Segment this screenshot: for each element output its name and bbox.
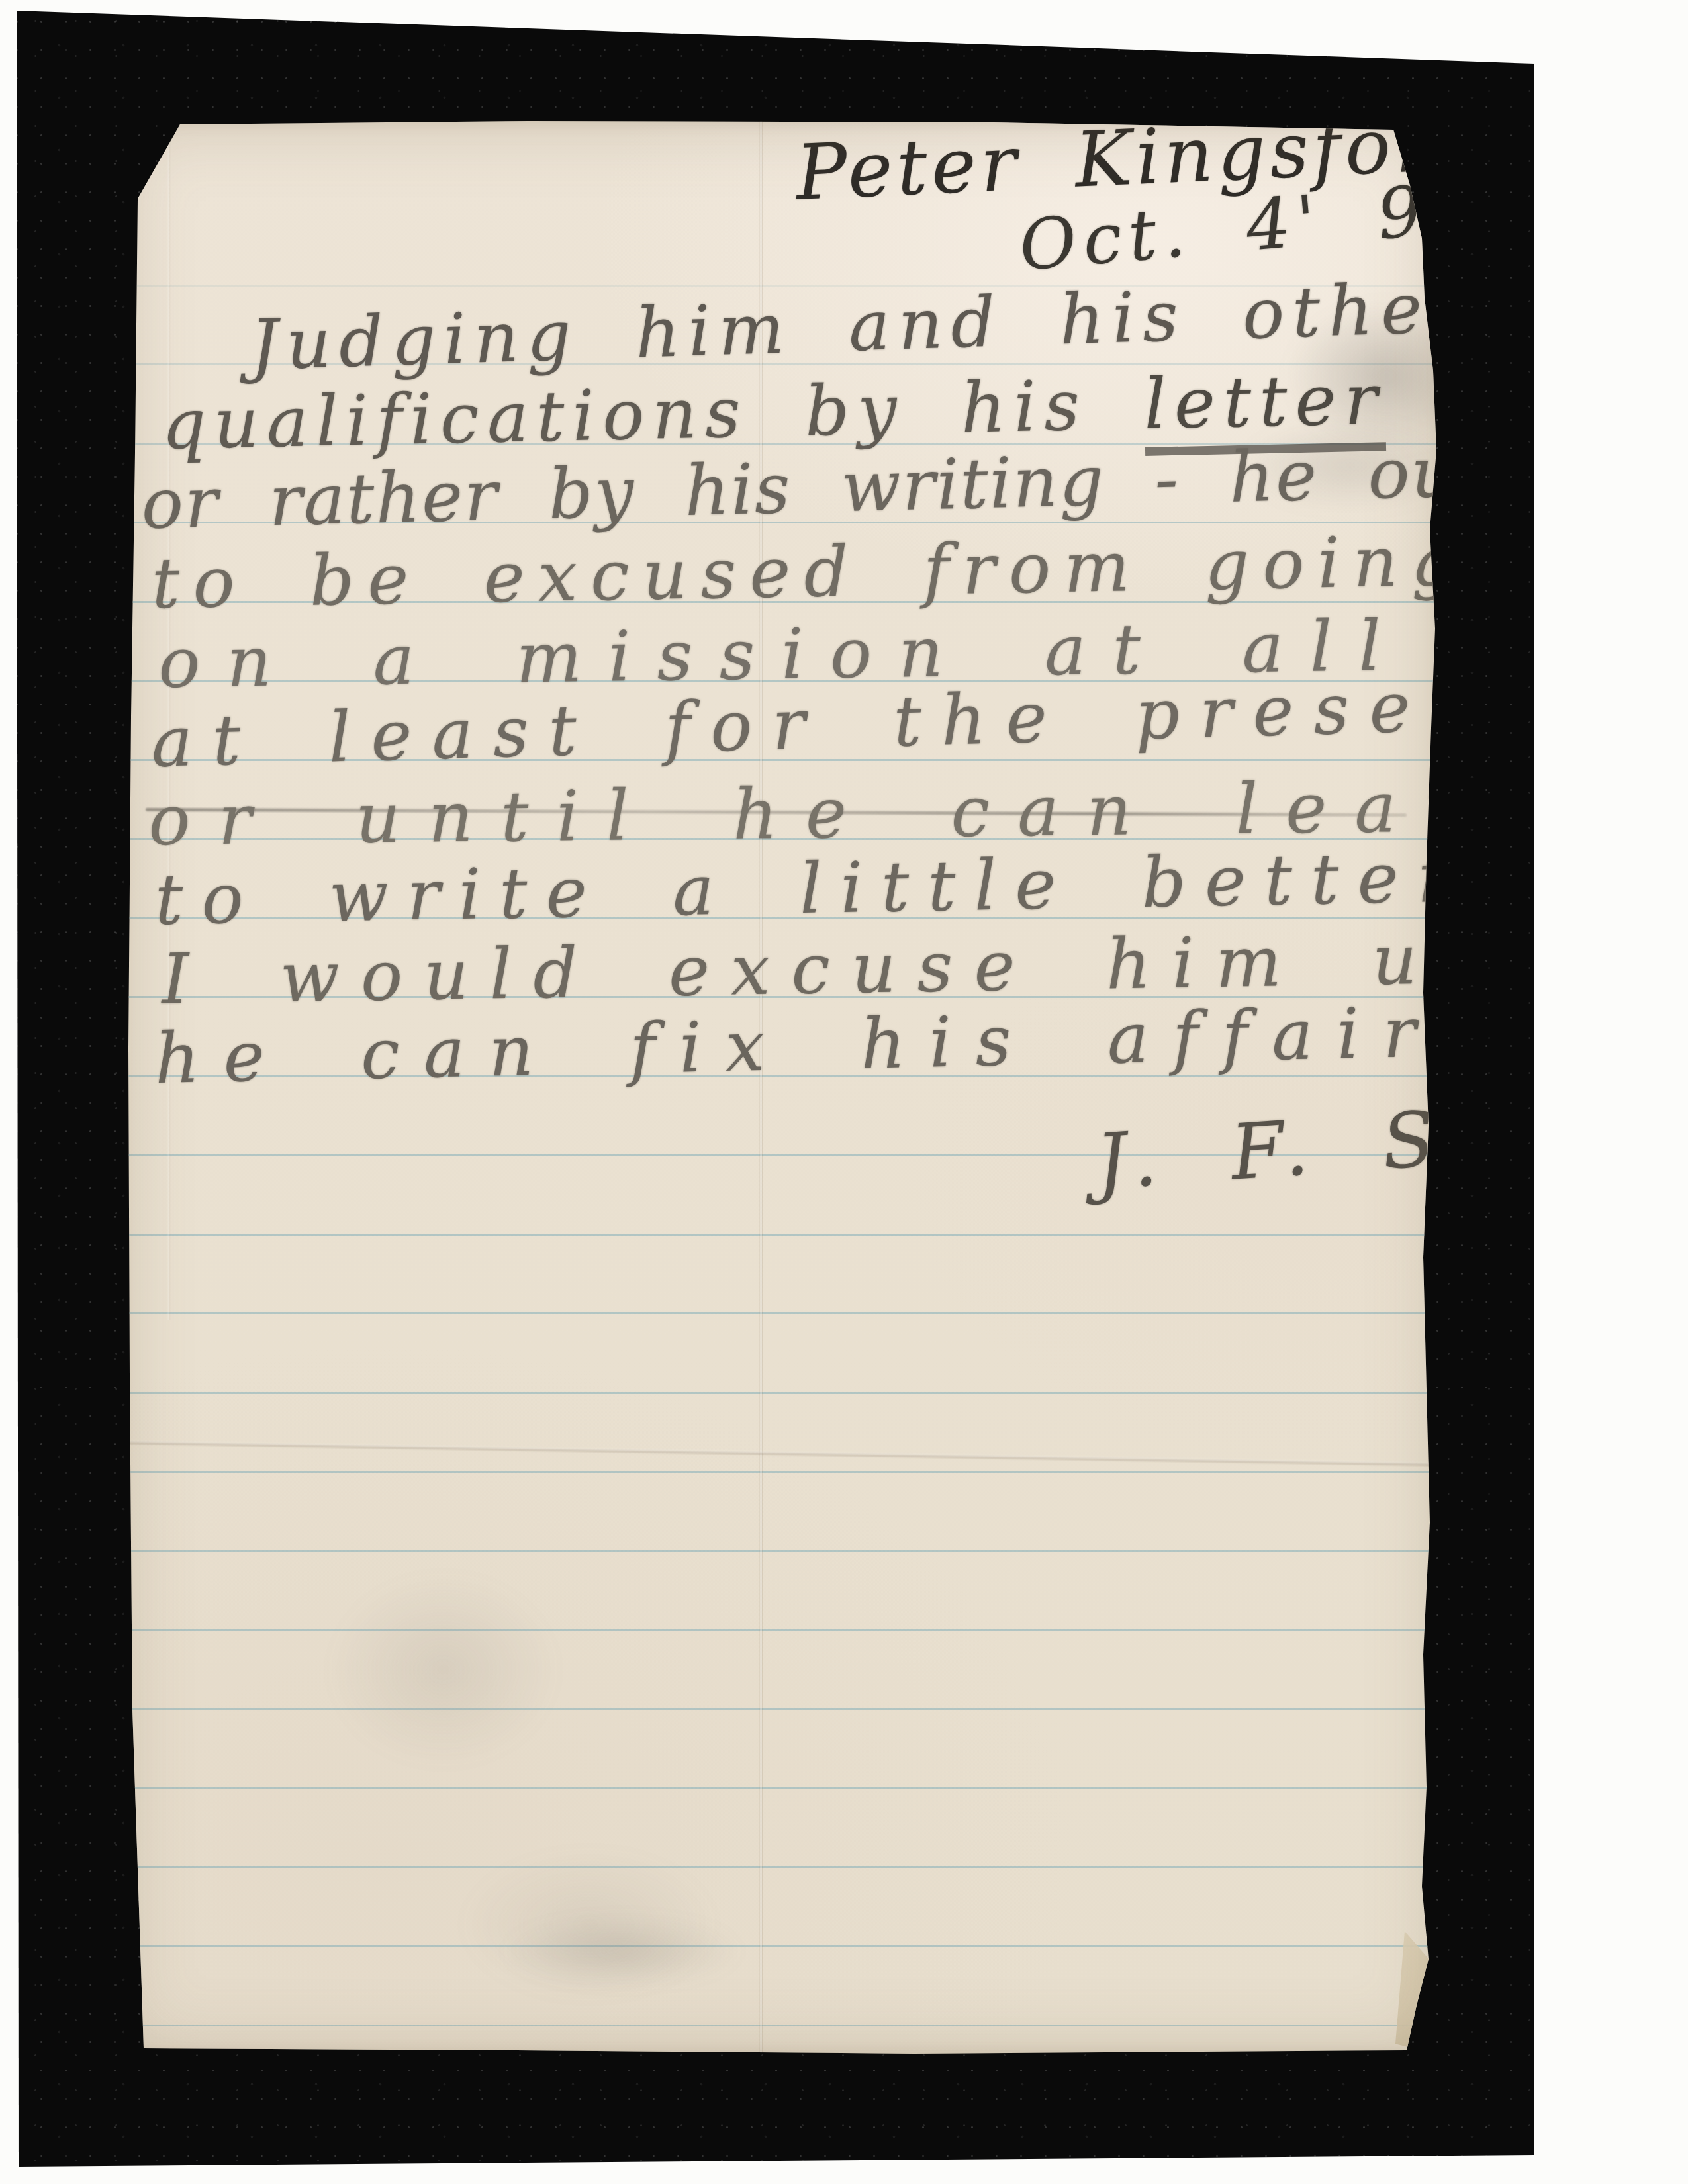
scanned-letter-page: Peter Kingsford Oct. 4' 97 Judging him a… xyxy=(0,0,1688,2184)
graphite-smudge xyxy=(450,1901,794,2001)
letter-paper: Peter Kingsford Oct. 4' 97 Judging him a… xyxy=(119,121,1440,2055)
graphite-smudge xyxy=(278,1531,609,1809)
